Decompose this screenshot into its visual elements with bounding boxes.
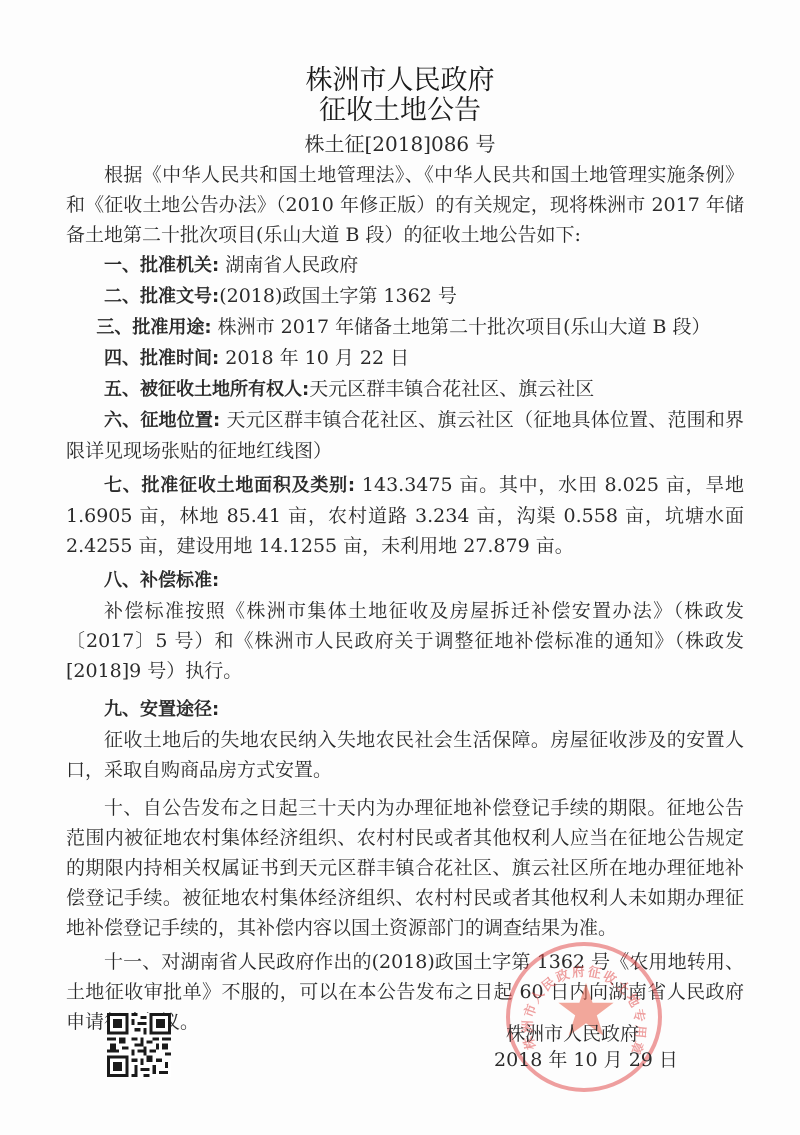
section8-text: 补偿标准按照《株洲市集体土地征收及房屋拆迁补偿安置办法》（株政发〔2017〕5 … [66,596,744,686]
section-heading: 八、补偿标准: [104,570,219,591]
section9-heading: 九、安置途径: [66,694,744,725]
intro-paragraph: 根据《中华人民共和国土地管理法》、《中华人民共和国土地管理实施条例》和《征收土地… [66,160,744,250]
item-value: 天元区群丰镇合花社区、旗云社区 [309,378,594,400]
document-body: 根据《中华人民共和国土地管理法》、《中华人民共和国土地管理实施条例》和《征收土地… [66,160,744,1037]
item-land-owner: 五、被征收土地所有权人:天元区群丰镇合花社区、旗云社区 [66,374,744,405]
item-approval-date: 四、批准时间: 2018 年 10 月 22 日 [66,343,744,374]
title-issuer: 株洲市人民政府 [0,66,800,96]
document-number: 株土征[2018]086 号 [0,131,800,157]
item-label: 六、征地位置: [104,410,220,431]
item-value: 湖南省人民政府 [219,254,358,276]
item-land-area: 七、批准征收土地面积及类别: 143.3475 亩。其中，水田 8.025 亩，… [66,470,744,561]
section9-text: 征收土地后的失地农民纳入失地农民社会生活保障。房屋征收涉及的安置人口，采取自购商… [66,725,744,785]
item-value: (2018)政国土字第 1362 号 [219,285,457,307]
item-land-location: 六、征地位置: 天元区群丰镇合花社区、旗云社区（征地具体位置、范围和界限详见现场… [66,405,744,466]
title-notice: 征收土地公告 [0,96,800,126]
item-label: 七、批准征收土地面积及类别: [104,475,355,496]
section10-text: 十、自公告发布之日起三十天内为办理征地补偿登记手续的期限。征地公告范围内被征地农… [66,793,744,943]
item-label: 二、批准文号: [104,286,219,307]
item-label: 一、批准机关: [104,255,219,276]
item-value: 2018 年 10 月 22 日 [219,347,409,369]
section8-heading: 八、补偿标准: [66,565,744,596]
item-value: 株洲市 2017 年储备土地第二十批次项目(乐山大道 B 段） [212,316,711,338]
item-label: 五、被征收土地所有权人: [104,379,309,400]
signature-date: 2018 年 10 月 29 日 [494,1047,678,1073]
item-approval-purpose: 三、批准用途: 株洲市 2017 年储备土地第二十批次项目(乐山大道 B 段） [66,312,744,343]
item-label: 三、批准用途: [96,317,211,338]
item-approval-authority: 一、批准机关: 湖南省人民政府 [66,250,744,281]
signature-issuer: 株洲市人民政府 [506,1021,639,1047]
qr-code-icon [107,1013,171,1077]
section-heading: 九、安置途径: [104,699,219,720]
item-approval-number: 二、批准文号:(2018)政国土字第 1362 号 [66,281,744,312]
item-label: 四、批准时间: [104,348,219,369]
document-page: 株洲市人民政府 征收土地公告 株土征[2018]086 号 根据《中华人民共和国… [0,0,800,1135]
